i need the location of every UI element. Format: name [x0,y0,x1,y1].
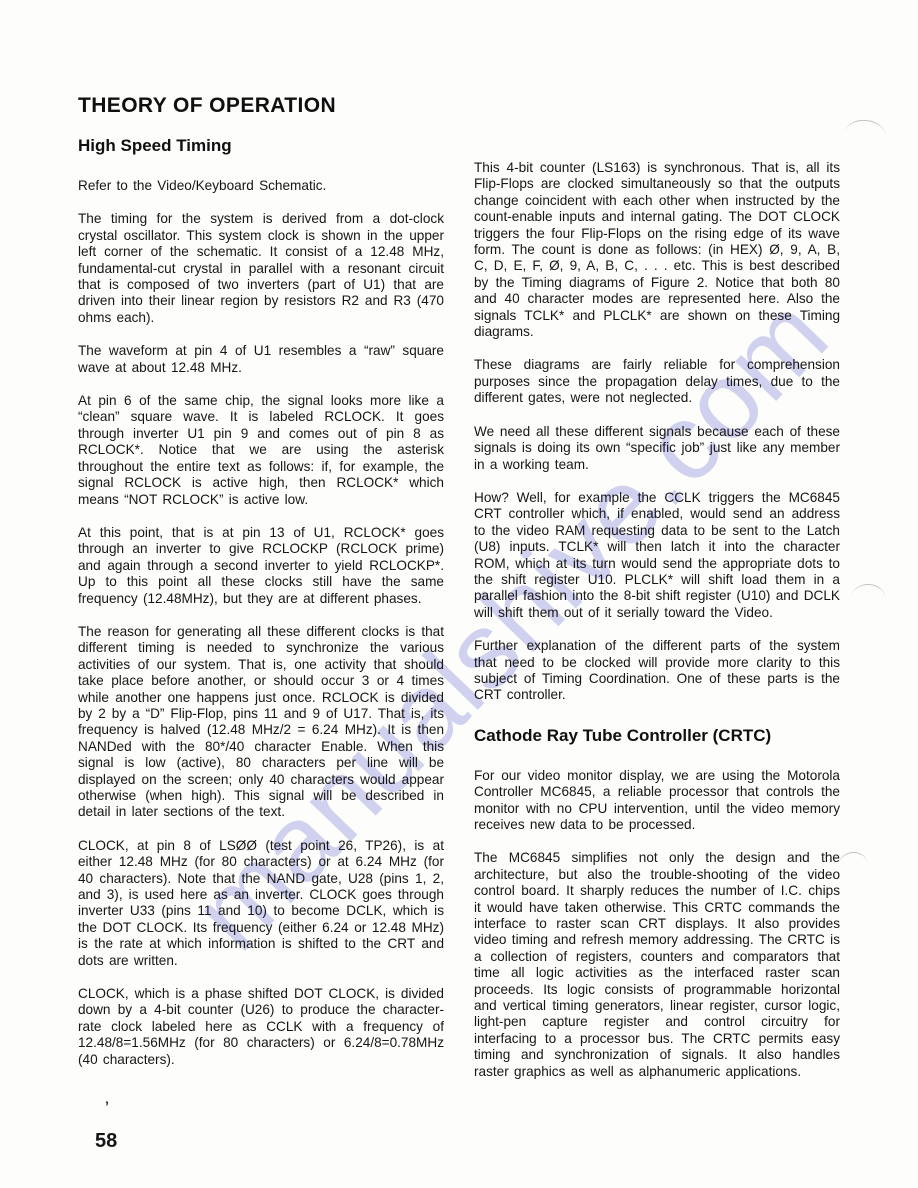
paragraph: This 4-bit counter (LS163) is synchronou… [474,160,840,340]
document-title: THEORY OF OPERATION [78,94,444,118]
left-column: THEORY OF OPERATION High Speed Timing Re… [78,94,444,1085]
paragraph: Refer to the Video/Keyboard Schematic. [78,178,444,194]
paragraph: These diagrams are fairly reliable for c… [474,357,840,406]
paragraph: CLOCK, which is a phase shifted DOT CLOC… [78,986,444,1068]
scan-artifact-mark: ’ [105,1098,109,1114]
paragraph: How? Well, for example the CCLK triggers… [474,490,840,621]
scan-artifact-arc [852,583,887,599]
scanned-manual-page: manualshive.com THEORY OF OPERATION High… [0,0,918,1188]
page-number: 58 [95,1130,117,1153]
paragraph: We need all these different signals beca… [474,424,840,473]
scan-artifact-arc [845,118,886,136]
paragraph: The timing for the system is derived fro… [78,211,444,326]
paragraph: CLOCK, at pin 8 of LSØØ (test point 26, … [78,838,444,969]
paragraph: At pin 6 of the same chip, the signal lo… [78,393,444,508]
paragraph: The MC6845 simplifies not only the desig… [474,850,840,1080]
paragraph: The reason for generating all these diff… [78,624,444,821]
right-column: This 4-bit counter (LS163) is synchronou… [474,160,840,1097]
scan-artifact-arc [838,851,869,867]
paragraph: At this point, that is at pin 13 of U1, … [78,525,444,607]
section-heading-high-speed-timing: High Speed Timing [78,136,444,156]
section-heading-crtc: Cathode Ray Tube Controller (CRTC) [474,726,840,746]
paragraph: Further explanation of the different par… [474,638,840,704]
paragraph: For our video monitor display, we are us… [474,768,840,834]
paragraph: The waveform at pin 4 of U1 resembles a … [78,343,444,376]
